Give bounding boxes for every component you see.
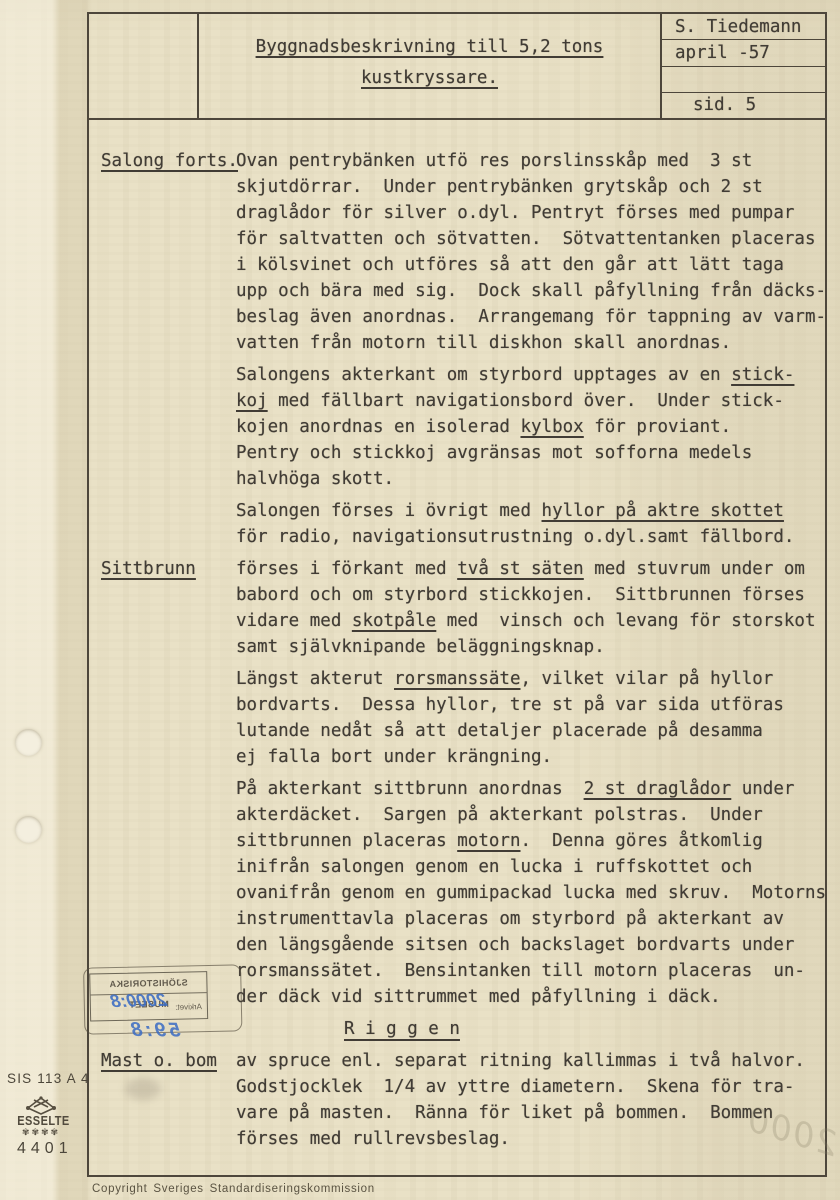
paragraph: förses i förkant med två st säten med st…: [236, 556, 825, 660]
text-segment: rorsmanssätet. Bensintanken till motorn …: [236, 961, 805, 981]
text-line: samt självknipande beläggningsknap.: [236, 634, 825, 660]
underlined-term: hyllor på aktre skottet: [542, 501, 784, 521]
text-segment: beslag även anordnas. Arrangemang för ta…: [236, 307, 826, 327]
text-line: ovanifrån genom en gummipackad lucka med…: [236, 880, 825, 906]
punch-hole: [15, 816, 42, 843]
page-number-cell: sid. 5: [662, 93, 825, 118]
text-segment: Salongens akterkant om styrbord upptages…: [236, 365, 731, 385]
text-line: skjutdörrar. Under pentrybänken grytskåp…: [236, 174, 825, 200]
text-line: sittbrunnen placeras motorn. Denna göres…: [236, 828, 825, 854]
text-line: den längsgående sitsen och backslaget bo…: [236, 932, 825, 958]
section-heading: R i g g e n: [344, 1016, 825, 1042]
text-segment: Salongen förses i övrigt med: [236, 501, 542, 521]
margin-label: Salong forts.: [101, 148, 238, 174]
document-title: Byggnadsbeskrivning till 5,2 tons kustkr…: [199, 14, 660, 118]
text-segment: Längst akterut: [236, 669, 394, 689]
text-segment: halvhöga skott.: [236, 469, 394, 489]
text-line: ej falla bort under krängning.: [236, 744, 825, 770]
underlined-term: motorn: [457, 831, 520, 851]
text-line: för radio, navigationsutrustning o.dyl.s…: [236, 524, 825, 550]
text-segment: Godstjocklek 1/4 av yttre diametern. Ske…: [236, 1077, 794, 1097]
text-line: På akterkant sittbrunn anordnas 2 st dra…: [236, 776, 825, 802]
underlined-term: två st säten: [457, 559, 583, 579]
esselte-ornament-icons: ✾✾✾✾: [14, 1128, 68, 1138]
text-segment: för radio, navigationsutrustning o.dyl.s…: [236, 527, 794, 547]
section-row-1: Salongens akterkant om styrbord upptages…: [89, 362, 825, 492]
text-line: vidare med skotpåle med vinsch och levan…: [236, 608, 825, 634]
text-segment: vidare med: [236, 611, 352, 631]
text-segment: sittbrunnen placeras: [236, 831, 457, 851]
text-line: vare på masten. Ränna för liket på bomme…: [236, 1100, 825, 1126]
text-segment: babord och om styrbord stickkojen. Sittb…: [236, 585, 805, 605]
text-segment: akterdäcket. Sargen på akterkant polstra…: [236, 805, 763, 825]
text-segment: Pentry och stickkoj avgränsas mot soffor…: [236, 443, 752, 463]
text-segment: draglådor för silver o.dyl. Pentryt förs…: [236, 203, 794, 223]
text-line: Längst akterut rorsmanssäte, vilket vila…: [236, 666, 825, 692]
author-cell: S. Tiedemann: [662, 14, 825, 40]
form-number: 4401: [17, 1140, 73, 1158]
header-table: Byggnadsbeskrivning till 5,2 tons kustkr…: [89, 14, 825, 120]
text-segment: ej falla bort under krängning.: [236, 747, 552, 767]
margin-label: Sittbrunn: [101, 556, 196, 582]
stamp-archive-row: Arkivet: 2000:8: [91, 993, 207, 1019]
text-line: i kölsvinet och utföres så att den går a…: [236, 252, 825, 278]
copyright-line: Copyright Sveriges Standardiseringskommi…: [92, 1183, 375, 1195]
text-segment: för saltvatten och sötvatten. Sötvattent…: [236, 229, 815, 249]
underlined-term: koj: [236, 391, 268, 411]
text-line: koj med fällbart navigationsbord över. U…: [236, 388, 825, 414]
underlined-term: skotpåle: [352, 611, 436, 631]
text-segment: . Denna göres åtkomlig: [520, 831, 762, 851]
section-row-0: Salong forts.Ovan pentrybänken utfö res …: [89, 148, 825, 356]
header-meta-column: S. Tiedemann april -57 sid. 5: [660, 14, 825, 118]
esselte-logo-icon: [21, 1096, 61, 1116]
text-segment: samt självknipande beläggningsknap.: [236, 637, 605, 657]
text-segment: av spruce enl. separat ritning kallimmas…: [236, 1051, 805, 1071]
text-line: Ovan pentrybänken utfö res porslinsskåp …: [236, 148, 825, 174]
text-segment: för proviant.: [584, 417, 732, 437]
text-segment: inifrån salongen genom en lucka i ruffsk…: [236, 857, 752, 877]
header-empty-cell: [89, 14, 199, 118]
text-segment: förses i förkant med: [236, 559, 457, 579]
text-line: rorsmanssätet. Bensintanken till motorn …: [236, 958, 825, 984]
text-line: Pentry och stickkoj avgränsas mot soffor…: [236, 440, 825, 466]
text-segment: skjutdörrar. Under pentrybänken grytskåp…: [236, 177, 763, 197]
stamp-archive-number: 2000:8: [109, 990, 168, 1012]
text-segment: der däck vid sittrummet med påfyllning i…: [236, 987, 721, 1007]
text-line: instrumenttavla placeras om styrbord på …: [236, 906, 825, 932]
text-line: halvhöga skott.: [236, 466, 825, 492]
underlined-term: rorsmanssäte: [394, 669, 520, 689]
text-line: Salongen förses i övrigt med hyllor på a…: [236, 498, 825, 524]
text-line: för saltvatten och sötvatten. Sötvattent…: [236, 226, 825, 252]
underlined-term: stick-: [731, 365, 794, 385]
text-line: Godstjocklek 1/4 av yttre diametern. Ske…: [236, 1074, 825, 1100]
punch-hole: [15, 729, 42, 756]
text-segment: i kölsvinet och utföres så att den går a…: [236, 255, 784, 275]
sis-form-code: SIS 113 A 4: [7, 1071, 90, 1086]
text-line: Salongens akterkant om styrbord upptages…: [236, 362, 825, 388]
text-segment: upp och bära med sig. Dock skall påfylln…: [236, 281, 826, 301]
empty-meta-cell: [662, 67, 825, 93]
text-line: inifrån salongen genom en lucka i ruffsk…: [236, 854, 825, 880]
paragraph: På akterkant sittbrunn anordnas 2 st dra…: [236, 776, 825, 1010]
stamp-handwritten-number: 59:8: [127, 1019, 181, 1043]
text-line: akterdäcket. Sargen på akterkant polstra…: [236, 802, 825, 828]
underlined-term: kylbox: [520, 417, 583, 437]
text-segment: vatten från motorn till diskhon skall an…: [236, 333, 731, 353]
text-line: kojen anordnas en isolerad kylbox för pr…: [236, 414, 825, 440]
text-segment: ovanifrån genom en gummipackad lucka med…: [236, 883, 826, 903]
text-segment: instrumenttavla placeras om styrbord på …: [236, 909, 784, 929]
text-segment: med fällbart navigationsbord över. Under…: [268, 391, 784, 411]
section-row-7: Mast o. bomav spruce enl. separat ritnin…: [89, 1048, 825, 1152]
paragraph: Längst akterut rorsmanssäte, vilket vila…: [236, 666, 825, 770]
text-line: förses med rullrevsbeslag.: [236, 1126, 825, 1152]
title-line-1: Byggnadsbeskrivning till 5,2 tons: [256, 32, 604, 63]
text-segment: bordvarts. Dessa hyllor, tre st på var s…: [236, 695, 784, 715]
text-line: förses i förkant med två st säten med st…: [236, 556, 825, 582]
text-segment: förses med rullrevsbeslag.: [236, 1129, 510, 1149]
section-row-2: Salongen förses i övrigt med hyllor på a…: [89, 498, 825, 550]
text-line: draglådor för silver o.dyl. Pentryt förs…: [236, 200, 825, 226]
heading-text: R i g g e n: [344, 1019, 460, 1039]
esselte-logo: ESSELTE ✾✾✾✾: [14, 1096, 68, 1138]
section-row-3: Sittbrunnförses i förkant med två st sät…: [89, 556, 825, 660]
text-segment: vare på masten. Ränna för liket på bomme…: [236, 1103, 773, 1123]
date-cell: april -57: [662, 40, 825, 66]
text-line: babord och om styrbord stickkojen. Sittb…: [236, 582, 825, 608]
paragraph: Ovan pentrybänken utfö res porslinsskåp …: [236, 148, 825, 356]
text-segment: På akterkant sittbrunn anordnas: [236, 779, 584, 799]
text-segment: under: [731, 779, 794, 799]
stamp-archive-label: Arkivet:: [175, 1002, 202, 1012]
text-line: beslag även anordnas. Arrangemang för ta…: [236, 304, 825, 330]
title-line-2: kustkryssare.: [361, 63, 498, 93]
text-segment: , vilket vilar på hyllor: [520, 669, 773, 689]
text-segment: med stuvrum under om: [584, 559, 805, 579]
archive-stamp-mirrored: SJÖHISTORISKA MUSEET Arkivet: 2000:8 59:…: [83, 962, 243, 1060]
text-line: upp och bära med sig. Dock skall påfylln…: [236, 278, 825, 304]
esselte-wordmark: ESSELTE: [17, 1114, 65, 1128]
text-segment: med vinsch och levang för storskot: [436, 611, 815, 631]
section-row-4: Längst akterut rorsmanssäte, vilket vila…: [89, 666, 825, 770]
text-line: bordvarts. Dessa hyllor, tre st på var s…: [236, 692, 825, 718]
text-line: der däck vid sittrummet med påfyllning i…: [236, 984, 825, 1010]
paragraph: av spruce enl. separat ritning kallimmas…: [236, 1048, 825, 1152]
underlined-term: 2 st draglådor: [584, 779, 732, 799]
ink-smudge: [125, 1078, 161, 1100]
text-line: av spruce enl. separat ritning kallimmas…: [236, 1048, 825, 1074]
text-segment: kojen anordnas en isolerad: [236, 417, 520, 437]
text-line: vatten från motorn till diskhon skall an…: [236, 330, 825, 356]
text-segment: lutande nedåt så att detaljer placerade …: [236, 721, 763, 741]
stamp-inner-box: SJÖHISTORISKA MUSEET Arkivet: 2000:8: [89, 971, 208, 1021]
text-segment: Ovan pentrybänken utfö res porslinsskåp …: [236, 151, 752, 171]
paragraph: Salongen förses i övrigt med hyllor på a…: [236, 498, 825, 550]
text-line: lutande nedåt så att detaljer placerade …: [236, 718, 825, 744]
paragraph: Salongens akterkant om styrbord upptages…: [236, 362, 825, 492]
text-segment: den längsgående sitsen och backslaget bo…: [236, 935, 794, 955]
